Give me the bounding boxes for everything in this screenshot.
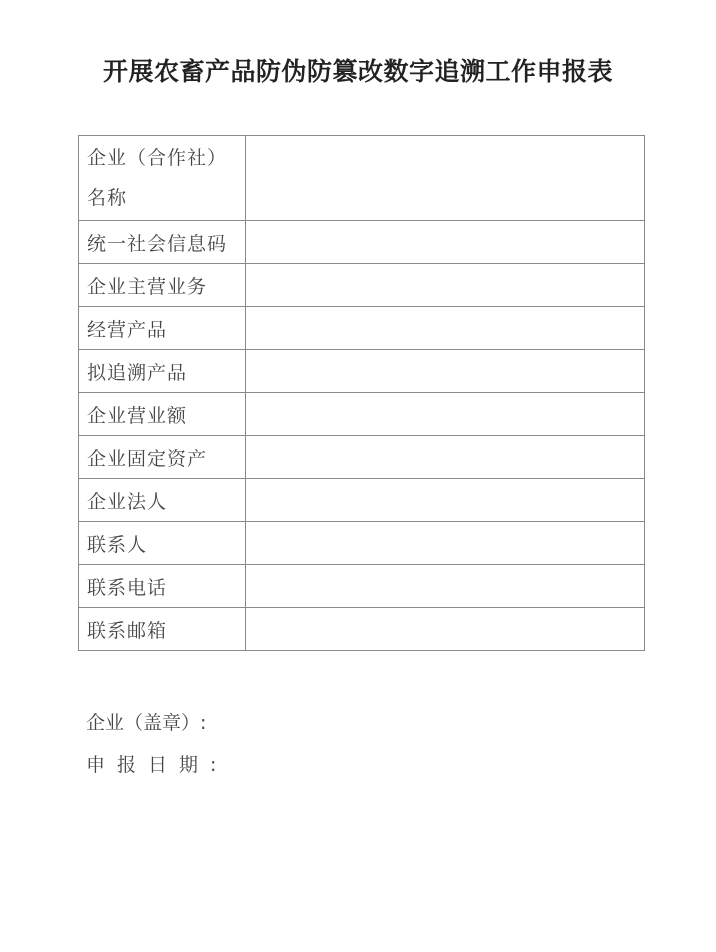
row-label: 联系电话 — [79, 565, 246, 608]
form-row-credit-code: 统一社会信息码 — [79, 221, 645, 264]
form-row-contact-person: 联系人 — [79, 522, 645, 565]
form-row-company-name: 企业（合作社） 名称 — [79, 136, 645, 221]
contact-person-field[interactable] — [246, 522, 645, 565]
form-row-products: 经营产品 — [79, 307, 645, 350]
traced-products-field[interactable] — [246, 350, 645, 393]
main-business-field[interactable] — [246, 264, 645, 307]
legal-rep-field[interactable] — [246, 479, 645, 522]
fixed-assets-field[interactable] — [246, 436, 645, 479]
row-label: 拟追溯产品 — [79, 350, 246, 393]
document-title: 开展农畜产品防伪防篡改数字追溯工作申报表 — [0, 52, 716, 88]
row-label-line2: 名称 — [87, 178, 245, 218]
company-seal-label: 企业（盖章）: — [86, 708, 206, 735]
form-row-fixed-assets: 企业固定资产 — [79, 436, 645, 479]
credit-code-field[interactable] — [246, 221, 645, 264]
row-label: 企业固定资产 — [79, 436, 246, 479]
email-field[interactable] — [246, 608, 645, 651]
row-label: 统一社会信息码 — [79, 221, 246, 264]
row-label: 联系邮箱 — [79, 608, 246, 651]
row-label: 企业营业额 — [79, 393, 246, 436]
form-row-email: 联系邮箱 — [79, 608, 645, 651]
row-label: 企业法人 — [79, 479, 246, 522]
application-form-table: 企业（合作社） 名称 统一社会信息码 企业主营业务 经营产品 拟追溯产品 企业营… — [78, 135, 645, 651]
phone-field[interactable] — [246, 565, 645, 608]
form-row-legal-rep: 企业法人 — [79, 479, 645, 522]
row-label: 联系人 — [79, 522, 246, 565]
revenue-field[interactable] — [246, 393, 645, 436]
products-field[interactable] — [246, 307, 645, 350]
row-label: 企业（合作社） 名称 — [79, 136, 246, 221]
row-label: 企业主营业务 — [79, 264, 246, 307]
form-row-main-business: 企业主营业务 — [79, 264, 645, 307]
form-row-revenue: 企业营业额 — [79, 393, 645, 436]
row-label-line1: 企业（合作社） — [87, 138, 245, 178]
form-row-phone: 联系电话 — [79, 565, 645, 608]
form-row-traced-products: 拟追溯产品 — [79, 350, 645, 393]
application-date-label: 申报日期: — [86, 750, 228, 777]
company-name-field[interactable] — [246, 136, 645, 221]
row-label: 经营产品 — [79, 307, 246, 350]
